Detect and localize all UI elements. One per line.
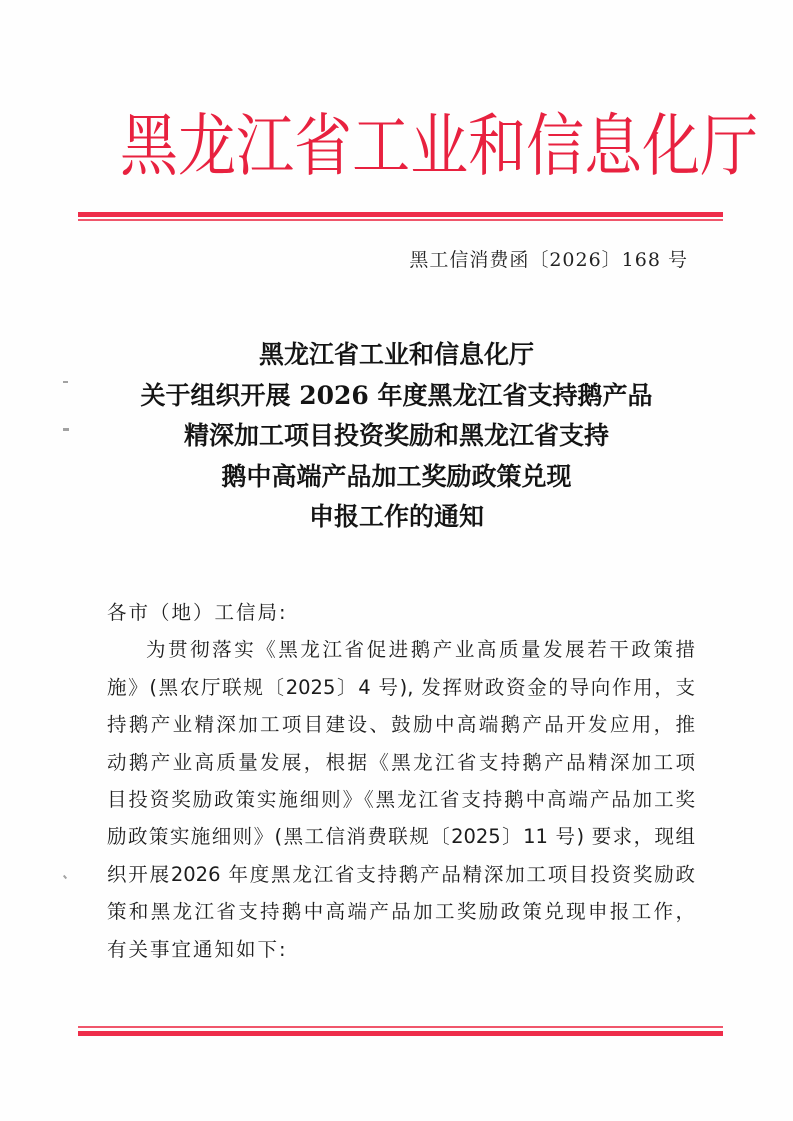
top-rule-thin [78, 219, 723, 221]
masthead-char: 省 [294, 96, 352, 195]
body-line: 目投资奖励政策实施细则》《黑龙江省支持鹅中高端产品加工奖 [107, 781, 695, 818]
title-line: 黑龙江省工业和信息化厅 [0, 335, 793, 376]
top-rule-thick [78, 212, 723, 217]
masthead-char: 业 [410, 96, 468, 195]
masthead-char: 厅 [700, 96, 758, 195]
scan-artifact [63, 875, 67, 879]
bottom-rule-thick [78, 1031, 723, 1036]
document-page: 黑 龙 江 省 工 业 和 信 息 化 厅 黑工信消费函〔2026〕168 号 … [0, 0, 793, 1121]
body-line: 为贯彻落实《黑龙江省促进鹅产业高质量发展若干政策措 [107, 631, 695, 668]
masthead-char: 信 [526, 96, 584, 195]
masthead-char: 江 [236, 96, 294, 195]
title-line: 精深加工项目投资奖励和黑龙江省支持 [0, 416, 793, 457]
salutation: 各市（地）工信局: [107, 594, 695, 631]
title-line: 关于组织开展 2026 年度黑龙江省支持鹅产品 [0, 376, 793, 417]
document-number: 黑工信消费函〔2026〕168 号 [409, 245, 688, 275]
masthead-char: 化 [642, 96, 700, 195]
scan-artifact [63, 428, 69, 431]
body-line: 织开展2026 年度黑龙江省支持鹅产品精深加工项目投资奖励政 [107, 856, 695, 893]
masthead-title: 黑 龙 江 省 工 业 和 信 息 化 厅 [120, 96, 680, 195]
scan-artifact [63, 381, 68, 383]
body-line: 施》(黑农厅联规〔2025〕4 号), 发挥财政资金的导向作用，支 [107, 669, 695, 706]
masthead-char: 龙 [178, 96, 236, 195]
body-line: 有关事宜通知如下: [107, 931, 695, 968]
title-line: 鹅中高端产品加工奖励政策兑现 [0, 457, 793, 498]
document-title: 黑龙江省工业和信息化厅 关于组织开展 2026 年度黑龙江省支持鹅产品 精深加工… [0, 335, 793, 538]
masthead-char: 息 [584, 96, 642, 195]
bottom-rule-thin [78, 1026, 723, 1028]
masthead-char: 黑 [120, 96, 178, 195]
body-line: 励政策实施细则》(黑工信消费联规〔2025〕11 号) 要求，现组 [107, 818, 695, 855]
body-line: 持鹅产业精深加工项目建设、鼓励中高端鹅产品开发应用，推 [107, 706, 695, 743]
masthead-char: 和 [468, 96, 526, 195]
body-line: 动鹅产业高质量发展，根据《黑龙江省支持鹅产品精深加工项 [107, 744, 695, 781]
body-line: 策和黑龙江省支持鹅中高端产品加工奖励政策兑现申报工作， [107, 893, 695, 930]
masthead-char: 工 [352, 96, 410, 195]
document-body: 各市（地）工信局: 为贯彻落实《黑龙江省促进鹅产业高质量发展若干政策措 施》(黑… [107, 594, 695, 968]
title-line: 申报工作的通知 [0, 497, 793, 538]
